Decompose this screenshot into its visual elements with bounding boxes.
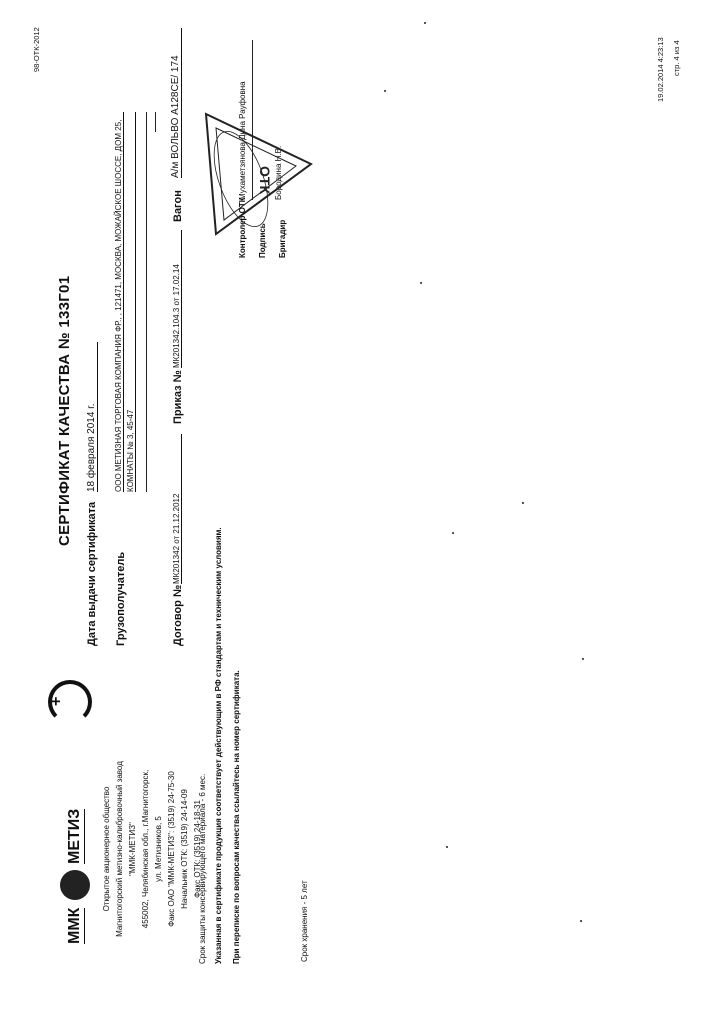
consignee-line-2: КОМНАТЫ № 3, 45-47 xyxy=(126,112,136,492)
wagon-value: А/м ВОЛЬВО А128СЕ/ 174 xyxy=(170,28,182,178)
form-code: 98-ОТК-2012 xyxy=(32,27,41,72)
printed-timestamp: 19.02.2014 4:23:13 xyxy=(656,37,665,102)
certificate-title: СЕРТИФИКАТ КАЧЕСТВА № 133Г01 xyxy=(56,276,73,546)
wagon-label: Вагон xyxy=(172,190,184,222)
issue-date-value: 18 февраля 2014 г. xyxy=(86,342,98,492)
logo-emblem-icon xyxy=(60,870,90,900)
consignee-line-1: ООО МЕТИЗНАЯ ТОРГОВАЯ КОМПАНИЯ ФР., , 12… xyxy=(114,112,124,492)
order-label: Приказ № xyxy=(172,370,184,424)
certificate-page: 98-ОТК-2012 19.02.2014 4:23:13 стр. 4 из… xyxy=(0,0,724,1024)
svg-text:ОТК: ОТК xyxy=(257,166,273,194)
note-storage: Срок хранения - 5 лет xyxy=(300,880,309,962)
note-preservation: Срок защиты консервирующего материала - … xyxy=(198,774,207,964)
consignee-label: Грузополучатель xyxy=(115,552,127,646)
contract-value: МК201342 от 21.12.2012 xyxy=(172,434,182,584)
company-info: Открытое акционерное общество Магнитогор… xyxy=(100,734,204,964)
order-value: МК201342.104.3 от 17.02.14 xyxy=(172,230,182,368)
certification-mark-icon: + xyxy=(48,680,92,724)
note-correspondence: При переписке по вопросам качества ссыла… xyxy=(232,670,241,964)
page-info: стр. 4 из 4 xyxy=(672,40,681,76)
rule xyxy=(155,112,156,132)
consignee-line-3 xyxy=(146,112,147,492)
otk-stamp-icon: ОТК xyxy=(196,104,316,244)
note-compliance: Указанная в сертификате продукция соотве… xyxy=(214,527,223,964)
company-logo: ММК МЕТИЗ xyxy=(58,762,94,952)
contract-label: Договор № xyxy=(172,585,184,646)
issue-date-label: Дата выдачи сертификата xyxy=(86,502,98,646)
